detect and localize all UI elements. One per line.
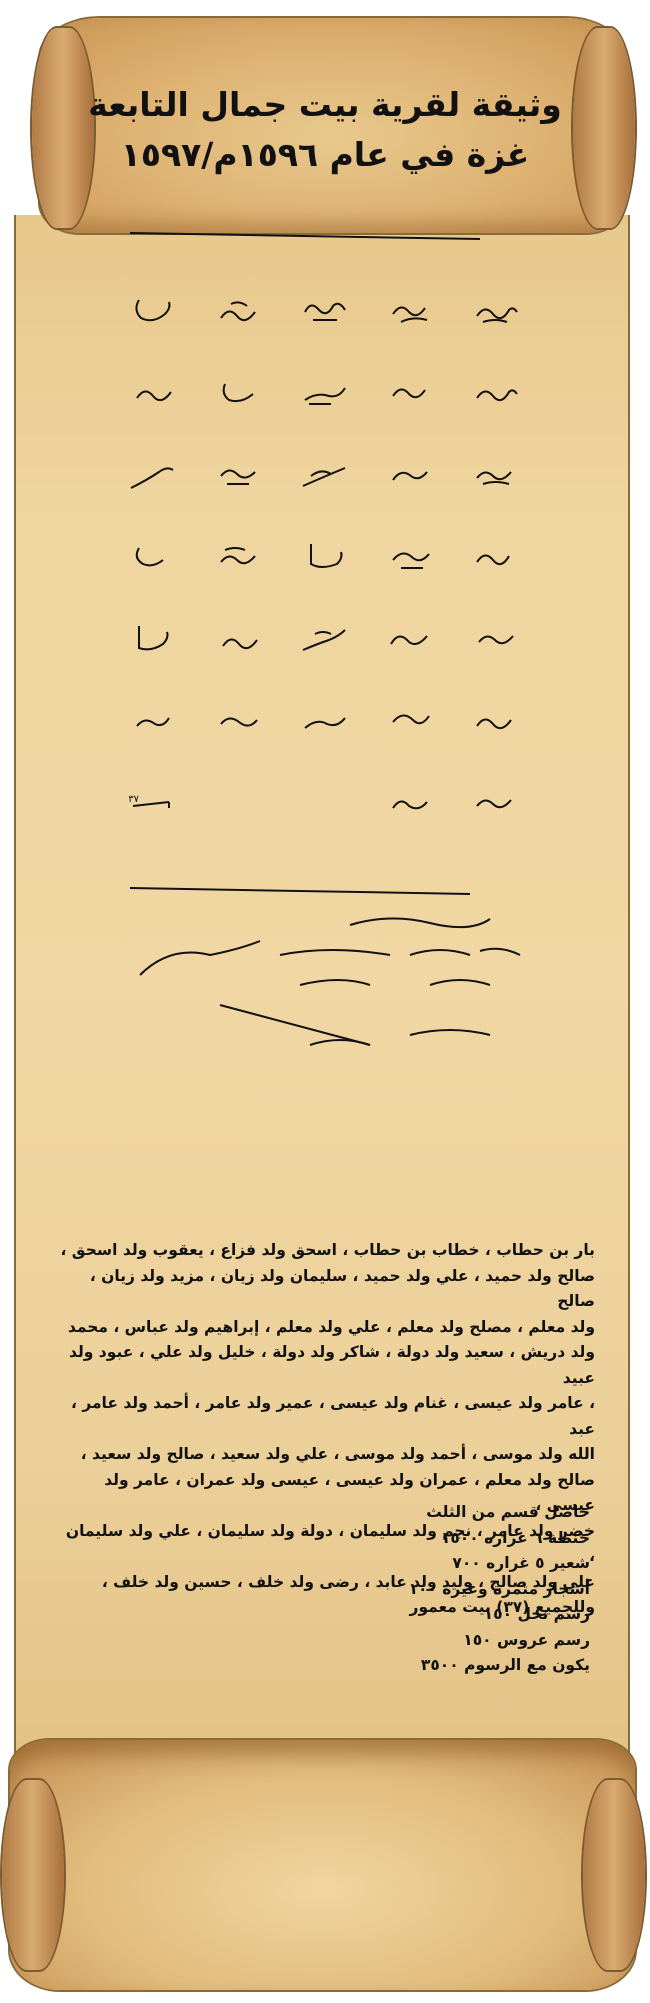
manuscript-name — [454, 536, 540, 578]
manuscript-name — [110, 454, 196, 496]
manuscript-name — [282, 454, 368, 496]
manuscript-name — [282, 618, 368, 660]
parchment-scroll: وثيقة لقرية بيت جمال التابعة غزة في عام … — [0, 0, 650, 2003]
manuscript-name — [110, 536, 196, 578]
manuscript-name-grid: ٣٧ — [110, 290, 540, 824]
manuscript-summary-scribbles — [130, 905, 530, 1065]
manuscript-name — [282, 290, 368, 332]
manuscript-name — [454, 782, 540, 824]
tax-item-marriage: رسم عروس ١٥٠ — [409, 1628, 591, 1654]
manuscript-name — [110, 290, 196, 332]
names-line: بار بن حطاب ، خطاب بن حطاب ، اسحق ولد فز… — [55, 1238, 595, 1264]
tax-item-fruit-trees: أشجار مثمرة وغيره ١٠٠ — [409, 1577, 591, 1603]
manuscript-name — [368, 782, 454, 824]
manuscript-summary-rule — [130, 887, 470, 895]
manuscript-name — [282, 700, 368, 742]
manuscript-name — [196, 618, 282, 660]
manuscript-name — [196, 372, 282, 414]
manuscript-name — [454, 618, 540, 660]
manuscript-name — [368, 700, 454, 742]
tax-item-beehives: رسم نحل ١٥٠ — [409, 1602, 591, 1628]
names-line: ، عامر ولد عيسى ، غنام ولد عيسى ، عمير و… — [55, 1391, 595, 1442]
names-line: الله ولد موسى ، أحمد ولد موسى ، علي ولد … — [55, 1442, 595, 1468]
manuscript-name — [368, 372, 454, 414]
tax-item-total: يكون مع الرسوم ٣٥٠٠ — [409, 1653, 591, 1679]
title-line-2: غزة في عام ١٥٩٦م/١٥٩٧ — [60, 130, 590, 180]
manuscript-name — [454, 372, 540, 414]
tax-revenue-list: حاصل قسم من الثلث حنطة ٦ غراره ١٥٠٠ شعير… — [409, 1500, 591, 1679]
manuscript-name — [196, 536, 282, 578]
total-mark-text: ٣٧ — [129, 794, 140, 805]
manuscript-name — [282, 372, 368, 414]
manuscript-name — [110, 372, 196, 414]
manuscript-total: ٣٧ — [110, 782, 196, 824]
manuscript-name — [368, 618, 454, 660]
roll-end-right — [583, 1780, 645, 1970]
manuscript-name — [196, 700, 282, 742]
manuscript-name — [368, 454, 454, 496]
manuscript-name — [196, 290, 282, 332]
document-title: وثيقة لقرية بيت جمال التابعة غزة في عام … — [60, 80, 590, 180]
manuscript-name — [110, 700, 196, 742]
manuscript-header-rule — [130, 232, 480, 240]
manuscript-name — [196, 782, 282, 824]
manuscript-name — [454, 454, 540, 496]
tax-item-wheat: حنطة ٦ غراره ١٥٠٠ — [409, 1526, 591, 1552]
manuscript-name — [368, 536, 454, 578]
roll-end-left — [2, 1780, 64, 1970]
handwritten-manuscript: ٣٧ — [110, 225, 540, 1085]
manuscript-name — [282, 536, 368, 578]
manuscript-name — [282, 782, 368, 824]
manuscript-name — [368, 290, 454, 332]
manuscript-name — [110, 618, 196, 660]
manuscript-name — [196, 454, 282, 496]
names-line: صالح ولد حميد ، علي ولد حميد ، سليمان ول… — [55, 1264, 595, 1315]
tax-item-barley: شعير ٥ غراره ٧٠٠ — [409, 1551, 591, 1577]
manuscript-name — [454, 290, 540, 332]
tax-heading: حاصل قسم من الثلث — [409, 1500, 591, 1526]
names-line: ولد معلم ، مصلح ولد معلم ، علي ولد معلم … — [55, 1315, 595, 1341]
names-line: ولد دريش ، سعيد ولد دولة ، شاكر ولد دولة… — [55, 1340, 595, 1391]
scroll-bottom-roll — [10, 1740, 635, 1990]
manuscript-name — [454, 700, 540, 742]
title-line-1: وثيقة لقرية بيت جمال التابعة — [60, 80, 590, 130]
